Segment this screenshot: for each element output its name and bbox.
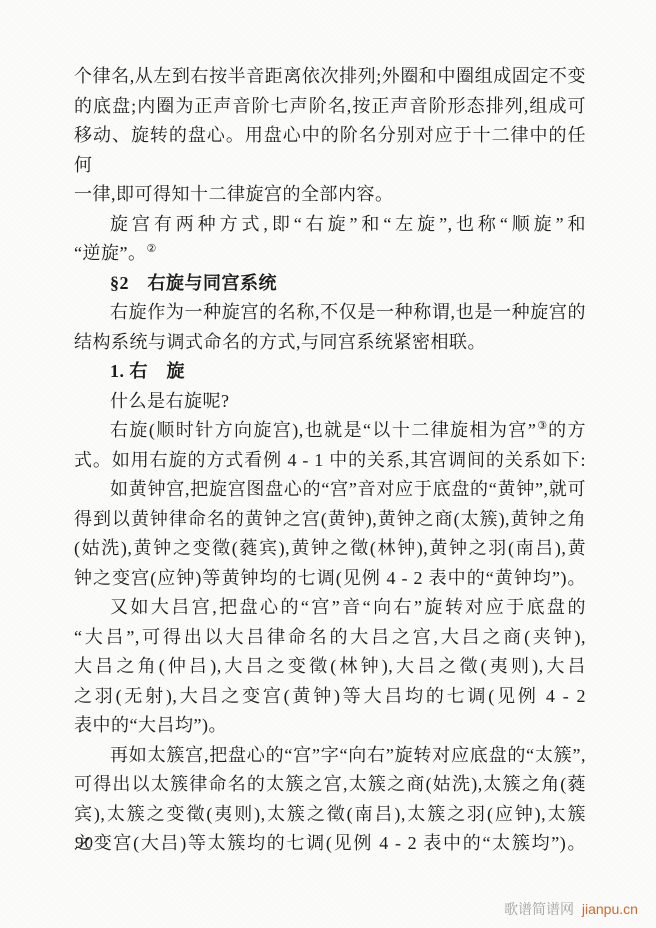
text-line: 旋宫有两种方式,即“右旋”和“左旋”,也称“顺旋”和 <box>74 210 586 240</box>
text-line: 再如太簇宫,把盘心的“宫”字“向右”旋转对应底盘的“太簇”, <box>74 741 586 771</box>
text-line: 之羽(无射),大吕之变宫(黄钟)等大吕均的七调(见例 4 - 2 <box>74 682 586 712</box>
text-line: 钟之变宫(应钟)等黄钟均的七调(见例 4 - 2 表中的“黄钟均”)。 <box>74 564 586 594</box>
text-line: 又如大吕宫,把盘心的“宫”音“向右”旋转对应于底盘的 <box>74 593 586 623</box>
text-line: (姑洗),黄钟之变徵(蕤宾),黄钟之徵(林钟),黄钟之羽(南吕),黄 <box>74 534 586 564</box>
text-line: 右旋(顺时针方向旋宫),也就是“以十二律旋相为宫”③的方 <box>74 416 586 446</box>
footnote-marker: ② <box>146 243 156 255</box>
footnote-marker: ③ <box>536 420 548 432</box>
text-line: 之变宫(大吕)等太簇均的七调(见例 4 - 2 表中的“太簇均”)。 <box>74 829 586 859</box>
text-line: 一律,即可得知十二律旋宫的全部内容。 <box>74 180 586 210</box>
text-line: 大吕之角(仲吕),大吕之变徵(林钟),大吕之徵(夷则),大吕 <box>74 652 586 682</box>
text-line: “大吕”,可得出以大吕律命名的大吕之宫,大吕之商(夹钟), <box>74 623 586 653</box>
page-number: 90 <box>75 833 94 853</box>
text-block: 个律名,从左到右按半音距离依次排列;外圈和中圈组成固定不变的底盘;内圈为正声音阶… <box>74 62 586 859</box>
scanned-book-page: 个律名,从左到右按半音距离依次排列;外圈和中圈组成固定不变的底盘;内圈为正声音阶… <box>0 0 656 928</box>
text-line: 右旋作为一种旋宫的名称,不仅是一种称谓,也是一种旋宫的 <box>74 298 586 328</box>
text-line: 宾),太簇之变徵(夷则),太簇之徵(南吕),太簇之羽(应钟),太簇 <box>74 800 586 830</box>
text-line: 个律名,从左到右按半音距离依次排列;外圈和中圈组成固定不变 <box>74 62 586 92</box>
watermark: 歌谱简谱网 jianpu.cn <box>504 899 638 919</box>
text-line: 可得出以太簇律命名的太簇之宫,太簇之商(姑洗),太簇之角(蕤 <box>74 770 586 800</box>
text-line: 的底盘;内圈为正声音阶七声阶名,按正声音阶形态排列,组成可 <box>74 92 586 122</box>
text-line: 如黄钟宫,把旋宫图盘心的“宫”音对应于底盘的“黄钟”,就可 <box>74 475 586 505</box>
watermark-site-name: 歌谱简谱网 <box>504 901 574 917</box>
heading-line: 1. 右 旋 <box>74 357 586 387</box>
watermark-site-url: jianpu.cn <box>582 901 638 917</box>
text-line: 结构系统与调式命名的方式,与同宫系统紧密相联。 <box>74 328 586 358</box>
text-line: 表中的“大吕均”)。 <box>74 711 586 741</box>
text-line: 式。如用右旋的方式看例 4 - 1 中的关系,其宫调间的关系如下: <box>74 446 586 476</box>
text-line: 得到以黄钟律命名的黄钟之宫(黄钟),黄钟之商(太簇),黄钟之角 <box>74 505 586 535</box>
text-line: 移动、旋转的盘心。用盘心中的阶名分别对应于十二律中的任何 <box>74 121 586 180</box>
text-line: “逆旋”。② <box>74 239 586 269</box>
heading-line: §2 右旋与同宫系统 <box>74 269 586 299</box>
text-line: 什么是右旋呢? <box>74 387 586 417</box>
